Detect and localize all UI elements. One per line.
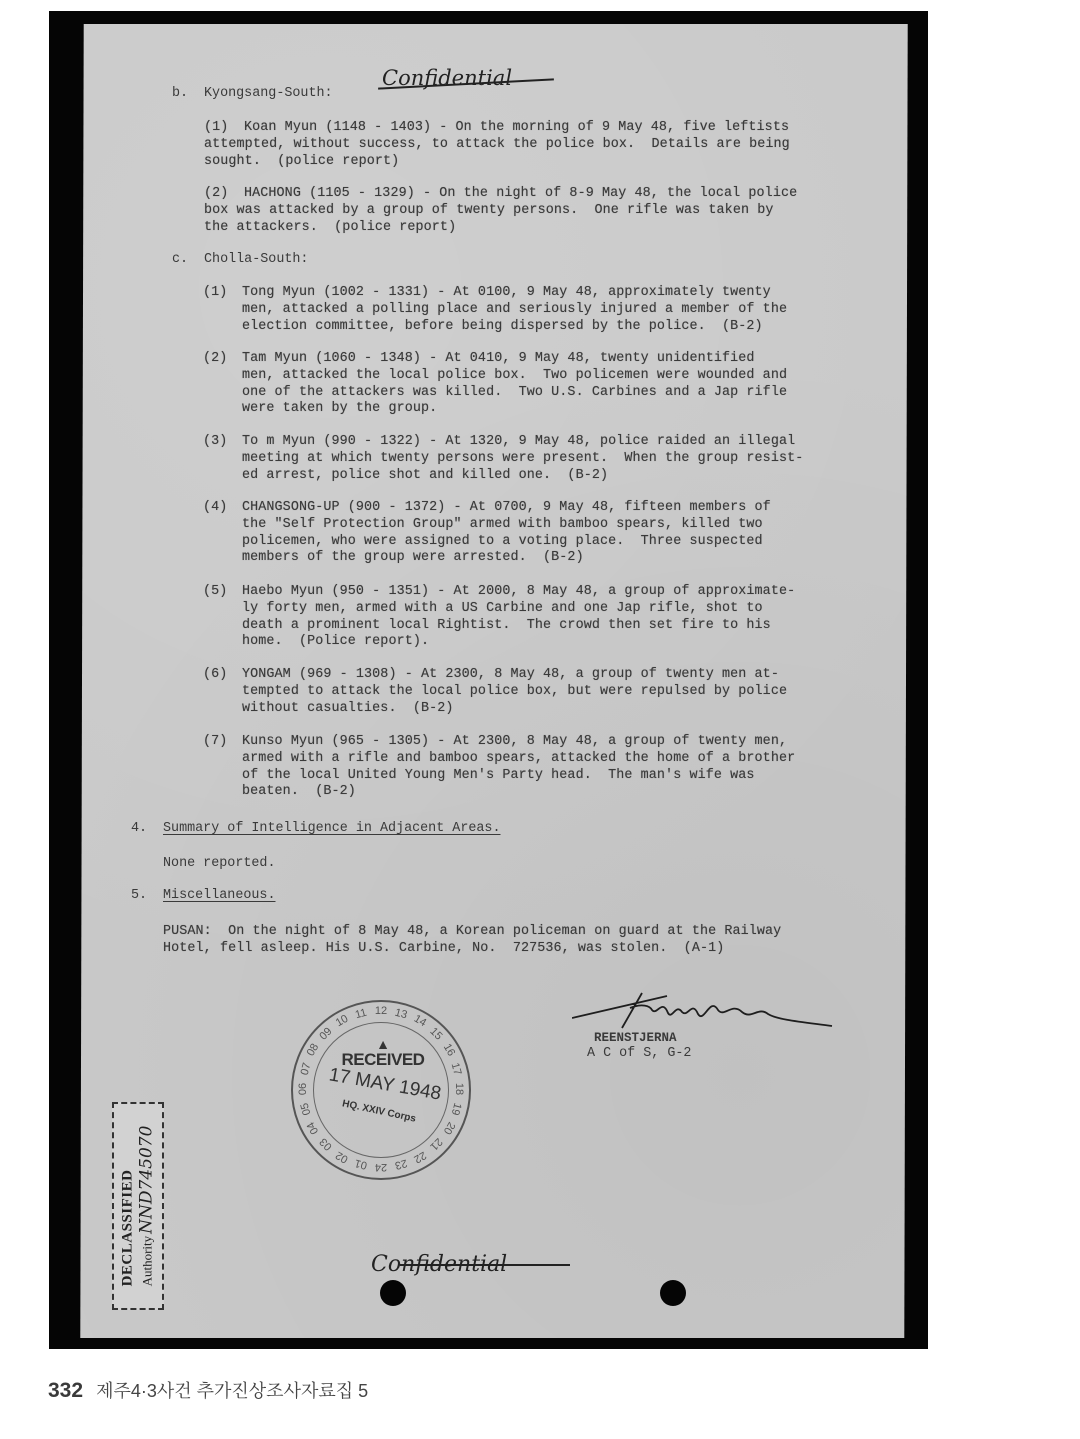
- item-line: Haebo Myun (950 - 1351) - At 2000, 8 May…: [242, 584, 795, 601]
- item-number: (2): [204, 186, 228, 203]
- item-line: meeting at which twenty persons were pre…: [242, 451, 803, 468]
- stamp-hour-mark: 13: [392, 1006, 411, 1022]
- page-number: 332: [48, 1379, 83, 1402]
- section-5-line-2: Hotel, fell asleep. His U.S. Carbine, No…: [163, 941, 724, 958]
- stamp-hour-mark: 23: [392, 1156, 411, 1172]
- item-line: Tam Myun (1060 - 1348) - At 0410, 9 May …: [242, 351, 755, 368]
- signatory-title: A C of S, G-2: [587, 1046, 691, 1063]
- section-5-marker: 5.: [131, 888, 147, 905]
- stamp-hour-mark: 11: [352, 1006, 371, 1022]
- declassified-text-group: DECLASSIFIED AuthorityNND745070: [120, 1126, 157, 1287]
- item-line: HACHONG (1105 - 1329) - On the night of …: [244, 186, 797, 203]
- item-line: were taken by the group.: [242, 401, 437, 418]
- item-line: men, attacked a polling place and seriou…: [242, 302, 787, 319]
- section-5-heading: Miscellaneous.: [163, 888, 276, 905]
- section-4-body: None reported.: [163, 856, 276, 873]
- item-line: Tong Myun (1002 - 1331) - At 0100, 9 May…: [242, 285, 771, 302]
- section-c-heading: Cholla-South:: [204, 252, 308, 269]
- item-number: (1): [204, 120, 228, 137]
- item-line: Koan Myun (1148 - 1403) - On the morning…: [244, 120, 789, 137]
- item-line: armed with a rifle and bamboo spears, at…: [242, 751, 795, 768]
- item-line: men, attacked the local police box. Two …: [242, 368, 787, 385]
- declassified-label: DECLASSIFIED: [120, 1126, 137, 1287]
- section-b-marker: b.: [172, 86, 188, 103]
- item-line: of the local United Young Men's Party he…: [242, 768, 755, 785]
- item-line: the "Self Protection Group" armed with b…: [242, 517, 763, 534]
- item-line: beaten. (B-2): [242, 784, 356, 801]
- section-c-marker: c.: [172, 252, 188, 269]
- item-line: Kunso Myun (965 - 1305) - At 2300, 8 May…: [242, 734, 787, 751]
- binder-hole-left: [380, 1280, 406, 1306]
- item-number: (4): [203, 500, 227, 517]
- item-number: (6): [203, 667, 227, 684]
- section-5-line-1: PUSAN: On the night of 8 May 48, a Korea…: [163, 924, 781, 941]
- declassified-authority-value: NND745070: [137, 1126, 157, 1234]
- item-number: (1): [203, 285, 227, 302]
- signatory-name: REENSTJERNA: [594, 1030, 677, 1047]
- stamp-hour-mark: 22: [410, 1147, 430, 1165]
- binder-hole-right: [660, 1280, 686, 1306]
- item-line: policemen, who were assigned to a voting…: [242, 534, 763, 551]
- stamp-hour-mark: 12: [373, 1005, 389, 1017]
- stamp-hour-mark: 06: [297, 1081, 309, 1097]
- item-number: (7): [203, 734, 227, 751]
- item-line: CHANGSONG-UP (900 - 1372) - At 0700, 9 M…: [242, 500, 771, 517]
- book-title: 제주4·3사건 추가진상조사자료집 5: [96, 1381, 368, 1401]
- item-line: To m Myun (990 - 1322) - At 1320, 9 May …: [242, 434, 795, 451]
- section-4-marker: 4.: [131, 821, 147, 838]
- stamp-hour-mark: 14: [410, 1012, 430, 1030]
- section-4-heading: Summary of Intelligence in Adjacent Area…: [163, 821, 501, 838]
- item-line: one of the attackers was killed. Two U.S…: [242, 385, 787, 402]
- item-line: YONGAM (969 - 1308) - At 2300, 8 May 48,…: [242, 667, 779, 684]
- stamp-hour-mark: 01: [352, 1156, 371, 1172]
- stamp-hour-mark: 05: [298, 1100, 314, 1119]
- item-line: box was attacked by a group of twenty pe…: [204, 203, 774, 220]
- item-line: election committee, before being dispers…: [242, 319, 763, 336]
- page-footer: 332 제주4·3사건 추가진상조사자료집 5: [48, 1377, 368, 1403]
- stamp-hour-mark: 10: [332, 1012, 352, 1030]
- stamp-hour-mark: 20: [439, 1118, 457, 1138]
- declassified-authority: AuthorityNND745070: [137, 1126, 157, 1287]
- item-line: the attackers. (police report): [204, 220, 456, 237]
- item-number: (2): [203, 351, 227, 368]
- classification-bottom-strike: [400, 1264, 570, 1266]
- item-line: tempted to attack the local police box, …: [242, 684, 787, 701]
- item-number: (5): [203, 584, 227, 601]
- item-line: death a prominent local Rightist. The cr…: [242, 618, 771, 635]
- item-line: ed arrest, police shot and killed one. (…: [242, 468, 608, 485]
- item-line: sought. (police report): [204, 154, 399, 171]
- item-number: (3): [203, 434, 227, 451]
- item-line: members of the group were arrested. (B-2…: [242, 550, 584, 567]
- declassified-stamp: DECLASSIFIED AuthorityNND745070: [112, 1102, 164, 1310]
- item-line: attempted, without success, to attack th…: [204, 137, 790, 154]
- item-line: ly forty men, armed with a US Carbine an…: [242, 601, 763, 618]
- stamp-hour-mark: 24: [373, 1161, 389, 1173]
- section-b-heading: Kyongsang-South:: [204, 86, 333, 103]
- item-line: without casualties. (B-2): [242, 701, 454, 718]
- item-line: home. (Police report).: [242, 634, 429, 651]
- declassified-authority-label: Authority: [140, 1236, 155, 1287]
- received-stamp: 1314151617181920212223240102030405060708…: [291, 1000, 471, 1180]
